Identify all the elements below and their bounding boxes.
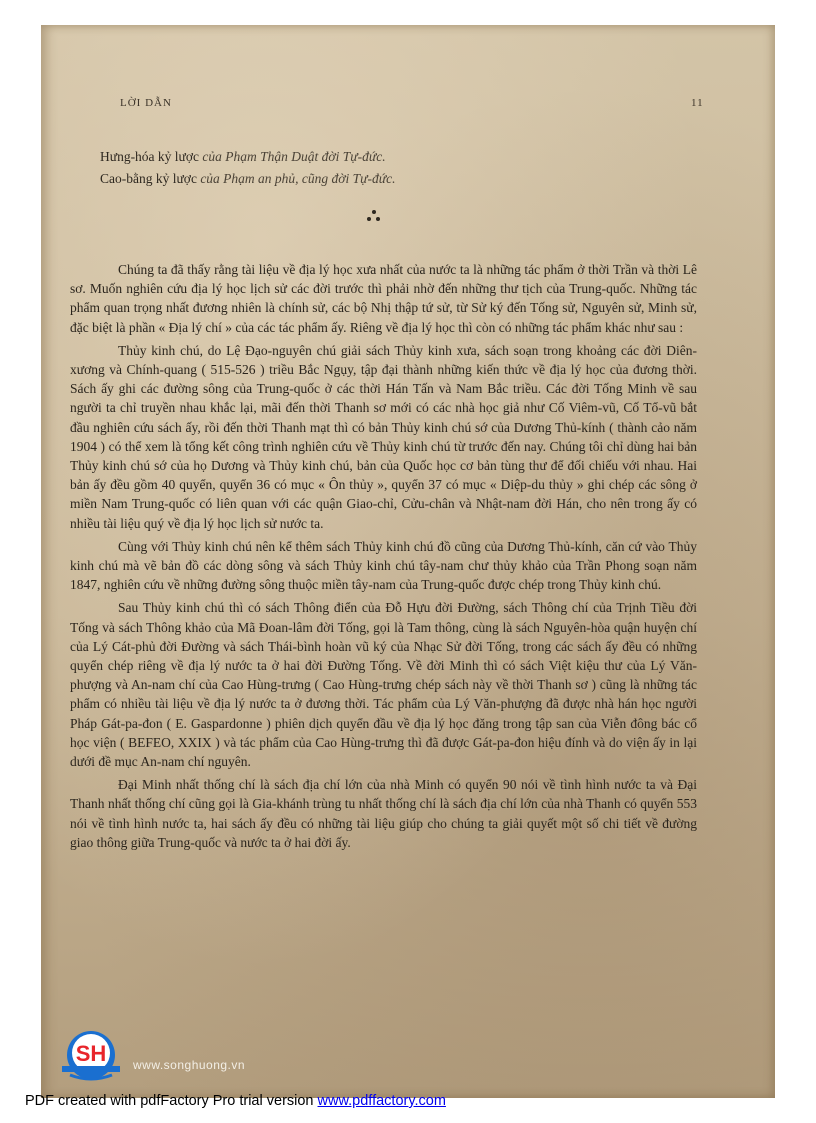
running-head-title: LỜI DẪN <box>120 97 172 109</box>
source-list: Hưng-hóa kỷ lược của Phạm Thận Duật đời … <box>100 146 660 190</box>
svg-text:SH: SH <box>76 1041 107 1066</box>
page-number: 11 <box>691 97 704 109</box>
paragraph: Sau Thủy kinh chú thì có sách Thông điển… <box>70 598 697 771</box>
songhuong-logo: SH <box>60 1028 122 1086</box>
watermark-url: www.songhuong.vn <box>133 1058 245 1072</box>
paragraph: Cùng với Thủy kinh chú nên kể thêm sách … <box>70 537 697 595</box>
pdffactory-link[interactable]: www.pdffactory.com <box>318 1093 446 1109</box>
source-line: Cao-bằng kỷ lược của Phạm an phủ, cũng đ… <box>100 168 660 190</box>
body-text: Chúng ta đã thấy rằng tài liệu về địa lý… <box>70 260 697 856</box>
paragraph: Đại Minh nhất thống chí là sách địa chí … <box>70 775 697 852</box>
asterism-icon <box>359 207 389 225</box>
logo-icon: SH <box>60 1028 122 1086</box>
asterism-divider <box>359 207 389 225</box>
pdf-footer: PDF created with pdfFactory Pro trial ve… <box>25 1093 446 1109</box>
paragraph: Chúng ta đã thấy rằng tài liệu về địa lý… <box>70 260 697 337</box>
paragraph: Thủy kinh chú, do Lệ Đạo-nguyên chú giải… <box>70 341 697 533</box>
source-line: Hưng-hóa kỷ lược của Phạm Thận Duật đời … <box>100 146 660 168</box>
footer-text: PDF created with pdfFactory Pro trial ve… <box>25 1093 318 1109</box>
